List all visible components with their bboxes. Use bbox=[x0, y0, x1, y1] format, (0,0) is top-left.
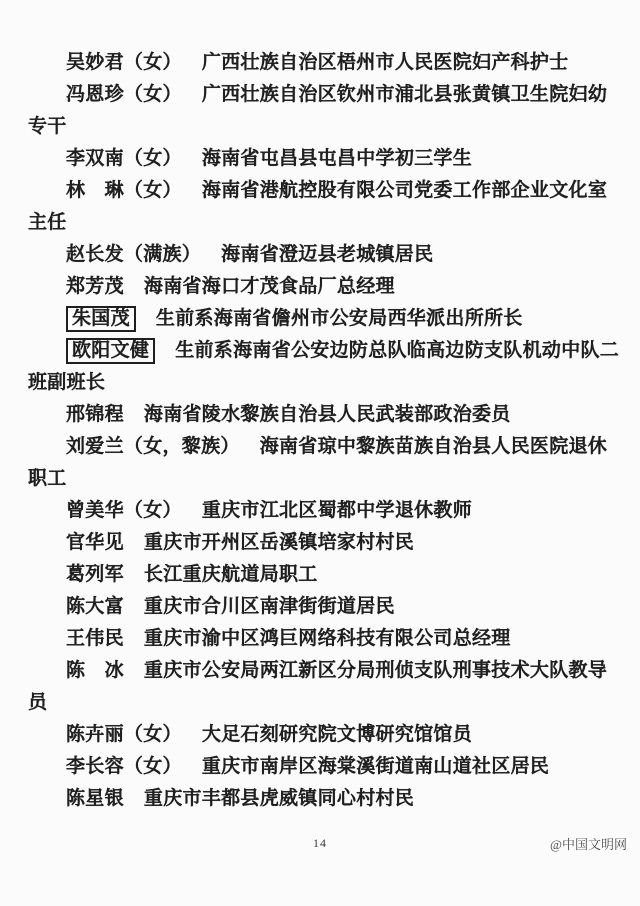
person-name: 冯恩珍（女） bbox=[66, 84, 182, 105]
site-watermark: @中国文明网 bbox=[550, 834, 627, 853]
roster-entry: 李长容（女）重庆市南岸区海棠溪街道南山道社区居民 bbox=[28, 751, 626, 783]
roster-entry: 李双南（女）海南省屯昌县屯昌中学初三学生 bbox=[28, 143, 626, 175]
person-name: 王伟民 bbox=[66, 628, 124, 649]
roster-entry: 刘爱兰（女，黎族）海南省琼中黎族苗族自治县人民医院退休职工 bbox=[28, 431, 626, 495]
person-description: 海南省海口才茂食品厂总经理 bbox=[144, 276, 395, 297]
person-name: 李长容（女） bbox=[66, 756, 182, 777]
person-name: 吴妙君（女） bbox=[66, 52, 182, 73]
roster-entry: 冯恩珍（女）广西壮族自治区钦州市浦北县张黄镇卫生院妇幼专干 bbox=[28, 79, 626, 143]
roster-entry: 曾美华（女）重庆市江北区蜀都中学退休教师 bbox=[28, 495, 626, 527]
person-name: 葛列军 bbox=[66, 564, 124, 585]
roster-entry: 林 琳（女）海南省港航控股有限公司党委工作部企业文化室主任 bbox=[28, 175, 626, 239]
roster-entry: 陈卉丽（女）大足石刻研究院文博研究馆馆员 bbox=[28, 719, 626, 751]
roster-entry: 邢锦程海南省陵水黎族自治县人民武装部政治委员 bbox=[28, 399, 626, 431]
person-description: 广西壮族自治区梧州市人民医院妇产科护士 bbox=[202, 52, 569, 73]
roster-entry: 朱国茂生前系海南省儋州市公安局西华派出所所长 bbox=[28, 303, 626, 335]
person-name: 朱国茂 bbox=[66, 306, 136, 332]
page-footer: 14 @中国文明网 bbox=[0, 834, 640, 854]
person-description: 海南省屯昌县屯昌中学初三学生 bbox=[202, 148, 472, 169]
person-name: 陈星银 bbox=[66, 788, 124, 809]
roster-entry: 赵长发（满族）海南省澄迈县老城镇居民 bbox=[28, 239, 626, 271]
document-page: 吴妙君（女）广西壮族自治区梧州市人民医院妇产科护士 冯恩珍（女）广西壮族自治区钦… bbox=[0, 0, 640, 906]
person-description: 重庆市渝中区鸿巨网络科技有限公司总经理 bbox=[144, 628, 511, 649]
person-description: 生前系海南省儋州市公安局西华派出所所长 bbox=[156, 308, 523, 329]
roster-entry: 郑芳茂海南省海口才茂食品厂总经理 bbox=[28, 271, 626, 303]
person-name: 李双南（女） bbox=[66, 148, 182, 169]
person-name: 林 琳（女） bbox=[66, 180, 182, 201]
roster-entry: 陈 冰重庆市公安局两江新区分局刑侦支队刑事技术大队教导员 bbox=[28, 655, 626, 719]
person-description: 海南省陵水黎族自治县人民武装部政治委员 bbox=[144, 404, 511, 425]
person-name: 赵长发（满族） bbox=[66, 244, 201, 265]
roster-entry: 葛列军长江重庆航道局职工 bbox=[28, 559, 626, 591]
person-name: 郑芳茂 bbox=[66, 276, 124, 297]
person-description: 重庆市南岸区海棠溪街道南山道社区居民 bbox=[202, 756, 549, 777]
roster-entry: 官华见重庆市开州区岳溪镇培家村村民 bbox=[28, 527, 626, 559]
person-name: 陈卉丽（女） bbox=[66, 724, 182, 745]
person-name: 欧阳文健 bbox=[66, 338, 155, 364]
person-name: 陈 冰 bbox=[66, 660, 124, 681]
person-description: 重庆市丰都县虎威镇同心村村民 bbox=[144, 788, 414, 809]
page-number: 14 bbox=[0, 836, 640, 851]
person-name: 陈大富 bbox=[66, 596, 124, 617]
person-name: 刘爱兰（女，黎族） bbox=[66, 436, 240, 457]
person-description: 大足石刻研究院文博研究馆馆员 bbox=[202, 724, 472, 745]
person-description: 重庆市江北区蜀都中学退休教师 bbox=[202, 500, 472, 521]
roster-list: 吴妙君（女）广西壮族自治区梧州市人民医院妇产科护士 冯恩珍（女）广西壮族自治区钦… bbox=[0, 0, 640, 815]
roster-entry: 欧阳文健生前系海南省公安边防总队临高边防支队机动中队二班副班长 bbox=[28, 335, 626, 399]
person-description: 长江重庆航道局职工 bbox=[144, 564, 318, 585]
roster-entry: 陈星银重庆市丰都县虎威镇同心村村民 bbox=[28, 783, 626, 815]
person-description: 重庆市开州区岳溪镇培家村村民 bbox=[144, 532, 414, 553]
roster-entry: 吴妙君（女）广西壮族自治区梧州市人民医院妇产科护士 bbox=[28, 47, 626, 79]
person-name: 官华见 bbox=[66, 532, 124, 553]
roster-entry: 王伟民重庆市渝中区鸿巨网络科技有限公司总经理 bbox=[28, 623, 626, 655]
person-description: 重庆市合川区南津街街道居民 bbox=[144, 596, 395, 617]
person-description: 海南省澄迈县老城镇居民 bbox=[221, 244, 433, 265]
person-name: 曾美华（女） bbox=[66, 500, 182, 521]
person-name: 邢锦程 bbox=[66, 404, 124, 425]
roster-entry: 陈大富重庆市合川区南津街街道居民 bbox=[28, 591, 626, 623]
